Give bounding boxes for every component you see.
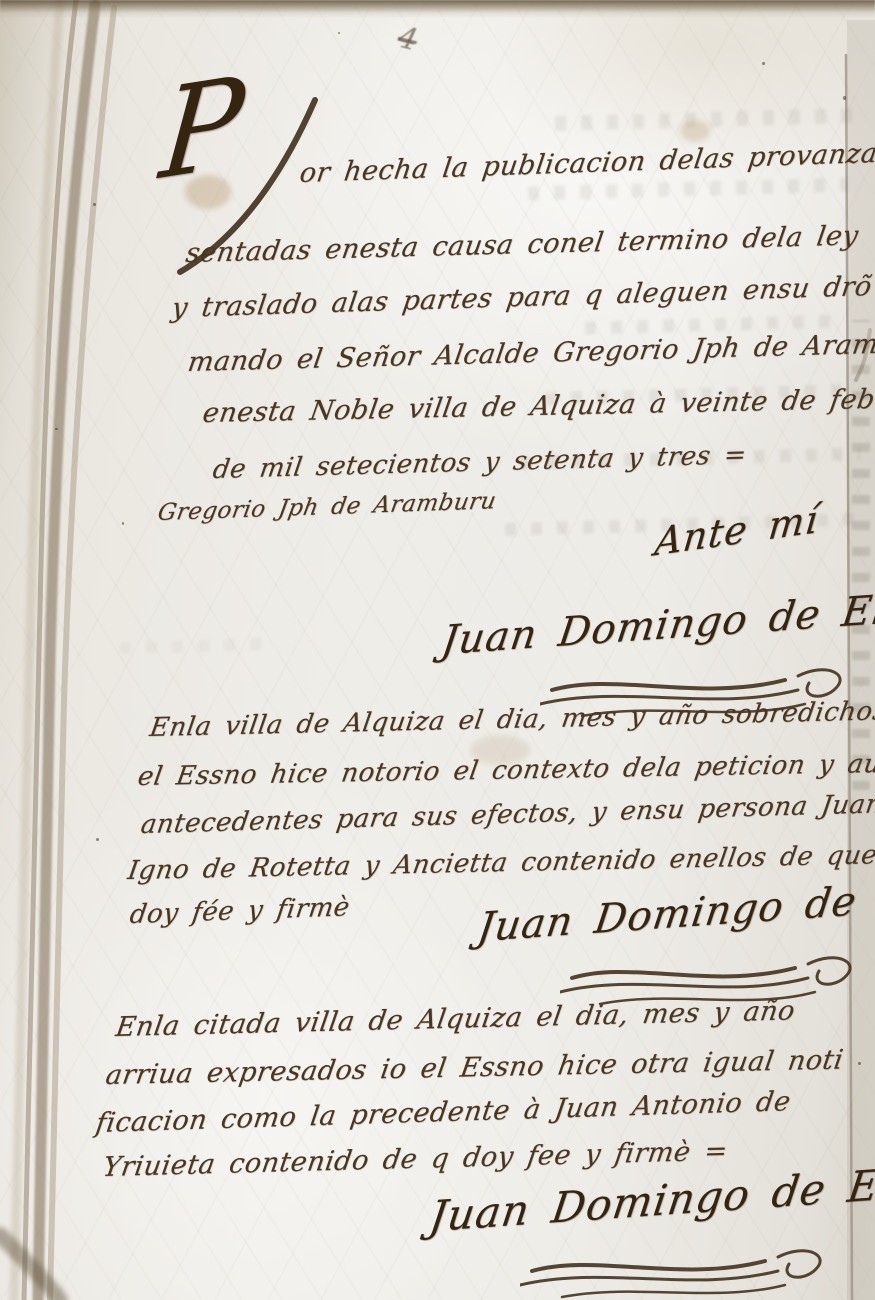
notification1-line-2: el Essno hice notorio el contexto dela p… [136, 749, 875, 793]
adjacent-page-edge [847, 20, 875, 1300]
auto-initial-letter: P [155, 49, 249, 208]
ink-speck [762, 62, 765, 65]
ink-speck [338, 32, 340, 34]
showthrough-mark [528, 178, 848, 201]
auto-line-5: enesta Noble villa de Alquiza à veinte d… [201, 383, 875, 429]
notification1-line-1: Enla villa de Alquiza el dia, mes y año … [148, 695, 875, 743]
judge-signature: Gregorio Jph de Aramburu [156, 488, 499, 526]
auto-line-3: y traslado alas partes para q aleguen en… [170, 268, 875, 324]
signature-rubric [520, 1245, 850, 1300]
auto-line-6: de mil setecientos y setenta y tres = [211, 440, 749, 485]
showthrough-mark [120, 638, 270, 654]
page-top-edge [0, 0, 875, 18]
manuscript-page: 4 P or hecha la publicacion delas provan… [0, 0, 875, 1300]
ink-speck [843, 96, 846, 100]
ink-speck [858, 1062, 861, 1065]
notification2-line-2: arriua expresados io el Essno hice otra … [104, 1045, 846, 1092]
ink-speck [96, 838, 99, 841]
notification1-line-4: Igno de Rotetta y Ancietta contenido ene… [126, 840, 875, 886]
notification1-line-3: antecedentes para sus efectos, y ensu pe… [139, 789, 875, 840]
ink-speck [55, 428, 58, 430]
notification1-line-5: doy fée y firmè [128, 892, 352, 930]
notary-signature-2: Juan Domingo de Elola [475, 869, 875, 951]
auto-line-4: mando el Señor Alcalde Gregorio Jph de A… [186, 327, 875, 378]
notification2-line-1: Enla citada villa de Alquiza el dia, mes… [114, 995, 798, 1043]
notification2-line-4: Yriuieta contenido de q doy fee y firmè … [101, 1136, 730, 1183]
auto-line-1: or hecha la publicacion delas provanzas … [298, 135, 875, 189]
ink-speck [93, 203, 96, 206]
ante-mi-note: Ante mí [653, 496, 821, 564]
notary-signature-1: Juan Domingo de Elola [439, 582, 875, 664]
showthrough-mark [555, 108, 855, 131]
notification2-line-3: ficacion como la precedente à Juan Anton… [94, 1086, 793, 1139]
folio-mark: 4 [394, 20, 421, 59]
auto-line-2: sentadas enesta causa conel termino dela… [184, 220, 861, 269]
ink-speck [122, 522, 124, 525]
paper-stain [680, 120, 710, 142]
